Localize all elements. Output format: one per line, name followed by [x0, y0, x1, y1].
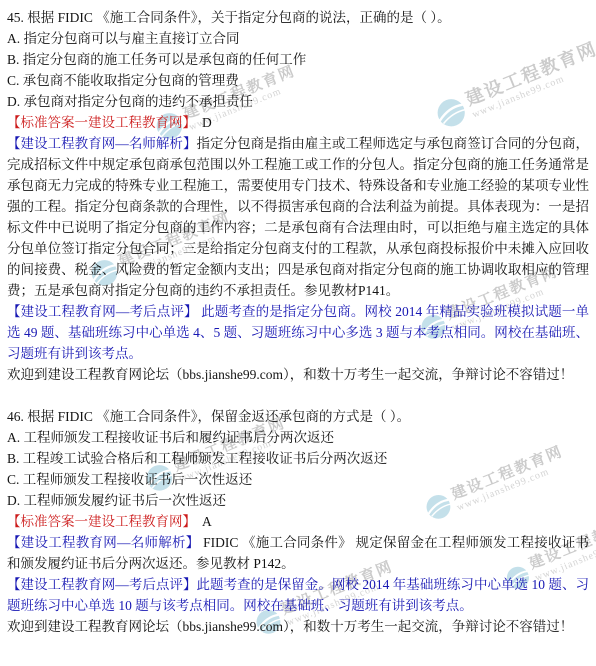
comment-label: 【建设工程教育网—考后点评】 — [7, 577, 197, 592]
forum-text-suffix: ），和数十万考生一起交流，争辩讨论不容错过！ — [283, 619, 573, 634]
option-a: A. 工程师颁发工程接收证书后和履约证书后分两次返还 — [7, 427, 589, 448]
question-stem: 46. 根据 FIDIC 《施工合同条件》，保留金返还承包商的方式是（ ）。 — [7, 406, 589, 427]
forum-text-prefix: 欢迎到建设工程教育网论坛（ — [7, 619, 183, 634]
option-b: B. 工程竣工试验合格后和工程师颁发工程接收证书后分两次返还 — [7, 448, 589, 469]
answer-label: 【标准答案一建设工程教育网】 — [7, 514, 196, 529]
comment-line: 【建设工程教育网—考后点评】此题考查的是保留金。网校 2014 年基础班练习中心… — [7, 574, 589, 616]
option-d: D. 承包商对指定分包商的违约不承担责任 — [7, 91, 589, 112]
answer-line: 【标准答案一建设工程教育网】D — [7, 112, 589, 133]
analysis-line: 【建设工程教育网—名师解析】指定分包商是指由雇主或工程师选定与承包商签订合同的分… — [7, 133, 589, 301]
forum-text-suffix: ），和数十万考生一起交流，争辩讨论不容错过！ — [283, 367, 573, 382]
option-c: C. 承包商不能收取指定分包商的管理费 — [7, 70, 589, 91]
option-d: D. 工程师颁发履约证书后一次性返还 — [7, 490, 589, 511]
forum-line: 欢迎到建设工程教育网论坛（bbs.jianshe99.com），和数十万考生一起… — [7, 616, 589, 637]
analysis-line: 【建设工程教育网—名师解析】 FIDIC 《施工合同条件》 规定保留金在工程师颁… — [7, 532, 589, 574]
analysis-label: 【建设工程教育网—名师解析】 — [7, 535, 199, 550]
option-a: A. 指定分包商可以与雇主直接订立合同 — [7, 28, 589, 49]
comment-label: 【建设工程教育网—考后点评】 — [7, 304, 198, 319]
comment-line: 【建设工程教育网—考后点评】 此题考查的是指定分包商。网校 2014 年精品实验… — [7, 301, 589, 364]
question-45: 45. 根据 FIDIC 《施工合同条件》，关于指定分包商的说法，正确的是（ ）… — [7, 7, 589, 385]
forum-text-prefix: 欢迎到建设工程教育网论坛（ — [7, 367, 183, 382]
forum-line: 欢迎到建设工程教育网论坛（bbs.jianshe99.com），和数十万考生一起… — [7, 364, 589, 385]
question-46: 46. 根据 FIDIC 《施工合同条件》，保留金返还承包商的方式是（ ）。 A… — [7, 406, 589, 637]
answer-value: D — [202, 115, 212, 130]
forum-url: bbs.jianshe99.com — [183, 367, 284, 382]
analysis-text: 指定分包商是指由雇主或工程师选定与承包商签订合同的分包商，完成招标文件中规定承包… — [7, 136, 589, 298]
analysis-label: 【建设工程教育网—名师解析】 — [7, 136, 197, 151]
answer-value: A — [202, 514, 212, 529]
forum-url: bbs.jianshe99.com — [183, 619, 284, 634]
option-b: B. 指定分包商的施工任务可以是承包商的任何工作 — [7, 49, 589, 70]
answer-line: 【标准答案一建设工程教育网】A — [7, 511, 589, 532]
exam-content: 45. 根据 FIDIC 《施工合同条件》，关于指定分包商的说法，正确的是（ ）… — [7, 7, 589, 637]
option-c: C. 工程师颁发工程接收证书后一次性返还 — [7, 469, 589, 490]
answer-label: 【标准答案一建设工程教育网】 — [7, 115, 196, 130]
question-stem: 45. 根据 FIDIC 《施工合同条件》，关于指定分包商的说法，正确的是（ ）… — [7, 7, 589, 28]
document-page: 建设工程教育网www.jianshe99.com 建设工程教育网www.jian… — [0, 0, 596, 666]
